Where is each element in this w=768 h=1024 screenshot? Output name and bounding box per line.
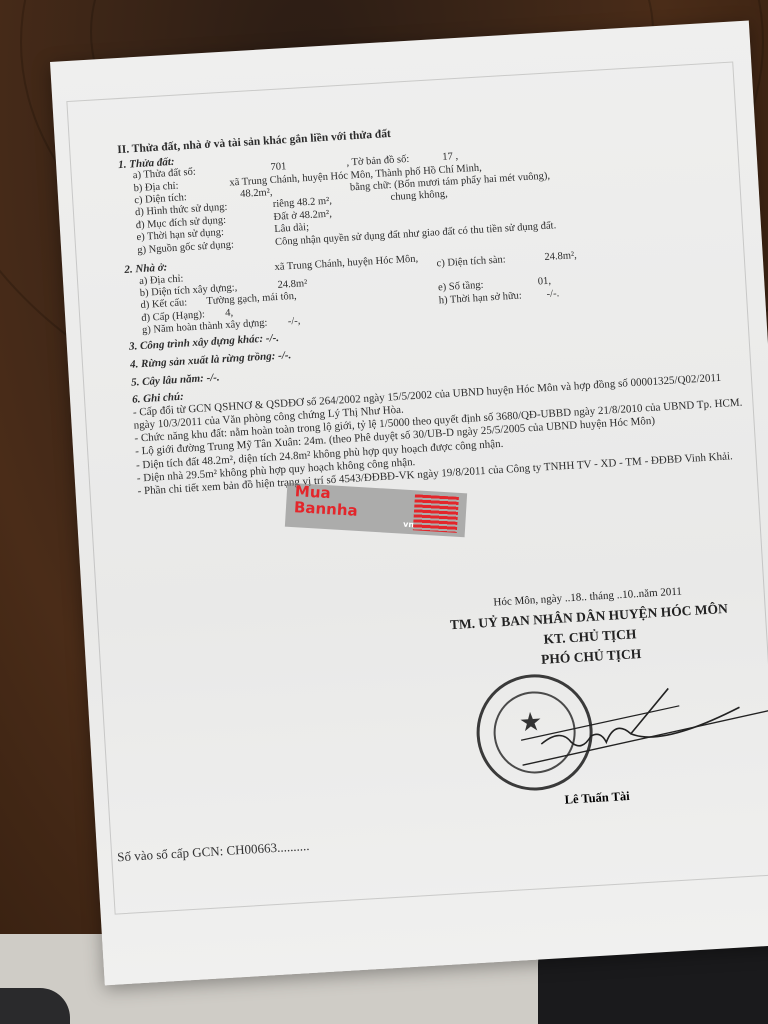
certificate-content: II. Thửa đất, nhà ở và tài sản khác gắn … [117,108,747,499]
star-icon: ★ [518,707,543,738]
watermark-text: Mua Bannha [294,483,360,519]
building-icon [413,494,459,533]
handwritten-signature-icon [518,680,768,775]
